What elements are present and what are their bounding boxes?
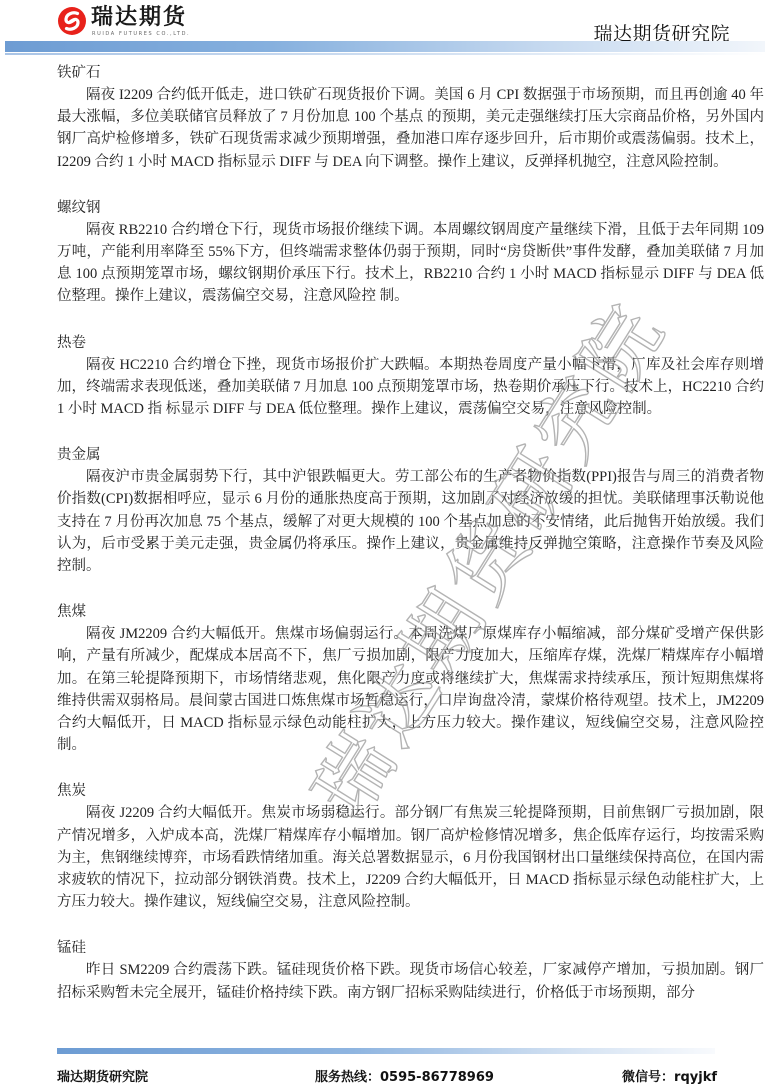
section-silicomanganese: 锰硅 昨日 SM2209 合约震荡下跌。锰硅现货价格下跌。现货市场信心较差，厂家…: [57, 937, 764, 1003]
section-coke: 焦炭 隔夜 J2209 合约大幅低开。焦炭市场弱稳运行。部分钢厂有焦炭三轮提降预…: [57, 780, 764, 913]
section-body: 隔夜 I2209 合约低开低走，进口铁矿石现货报价下调。美国 6 月 CPI 数…: [57, 84, 764, 173]
logo-chinese-name: 瑞达期货: [91, 6, 190, 30]
section-body: 昨日 SM2209 合约震荡下跌。锰硅现货价格下跌。现货市场信心较差，厂家减停产…: [57, 959, 764, 1003]
section-body: 隔夜沪市贵金属弱势下行，其中沪银跌幅更大。劳工部公布的生产者物价指数(PPI)报…: [57, 466, 764, 577]
logo-english-name: RUIDA FUTURES CO.,LTD.: [92, 31, 190, 38]
section-iron-ore: 铁矿石 隔夜 I2209 合约低开低走，进口铁矿石现货报价下调。美国 6 月 C…: [57, 62, 764, 173]
footer-divider-band: [57, 1048, 715, 1054]
page-header: 瑞达期货 RUIDA FUTURES CO.,LTD. 瑞达期货研究院: [0, 0, 770, 60]
section-title: 焦煤: [57, 601, 764, 623]
company-logo: 瑞达期货 RUIDA FUTURES CO.,LTD.: [57, 6, 190, 38]
section-body: 隔夜 JM2209 合约大幅低开。焦煤市场偏弱运行。本周洗煤厂原煤库存小幅缩减，…: [57, 623, 764, 756]
section-title: 锰硅: [57, 937, 764, 959]
section-hot-rolled-coil: 热卷 隔夜 HC2210 合约增仓下挫，现货市场报价扩大跌幅。本期热卷周度产量小…: [57, 332, 764, 421]
footer-wechat-id: 微信号：rqyjkf: [622, 1066, 717, 1085]
report-content: 铁矿石 隔夜 I2209 合约低开低走，进口铁矿石现货报价下调。美国 6 月 C…: [57, 62, 764, 1028]
header-divider-line: [5, 53, 765, 55]
section-precious-metals: 贵金属 隔夜沪市贵金属弱势下行，其中沪银跌幅更大。劳工部公布的生产者物价指数(P…: [57, 444, 764, 577]
footer-hotline: 服务热线：0595-86778969: [315, 1066, 494, 1085]
section-title: 铁矿石: [57, 62, 764, 84]
section-title: 焦炭: [57, 780, 764, 802]
page-footer: 瑞达期货研究院 服务热线：0595-86778969 微信号：rqyjkf: [57, 1066, 717, 1086]
section-body: 隔夜 RB2210 合约增仓下行，现货市场报价继续下调。本周螺纹钢周度产量继续下…: [57, 219, 764, 308]
section-coking-coal: 焦煤 隔夜 JM2209 合约大幅低开。焦煤市场偏弱运行。本周洗煤厂原煤库存小幅…: [57, 601, 764, 756]
section-rebar: 螺纹钢 隔夜 RB2210 合约增仓下行，现货市场报价继续下调。本周螺纹钢周度产…: [57, 197, 764, 308]
section-title: 贵金属: [57, 444, 764, 466]
section-title: 螺纹钢: [57, 197, 764, 219]
section-title: 热卷: [57, 332, 764, 354]
section-body: 隔夜 HC2210 合约增仓下挫，现货市场报价扩大跌幅。本期热卷周度产量小幅下滑…: [57, 354, 764, 421]
header-divider-band: [5, 41, 765, 52]
section-body: 隔夜 J2209 合约大幅低开。焦炭市场弱稳运行。部分钢厂有焦炭三轮提降预期，目…: [57, 802, 764, 913]
footer-company-name: 瑞达期货研究院: [57, 1066, 148, 1085]
ruida-logo-icon: [57, 6, 87, 36]
